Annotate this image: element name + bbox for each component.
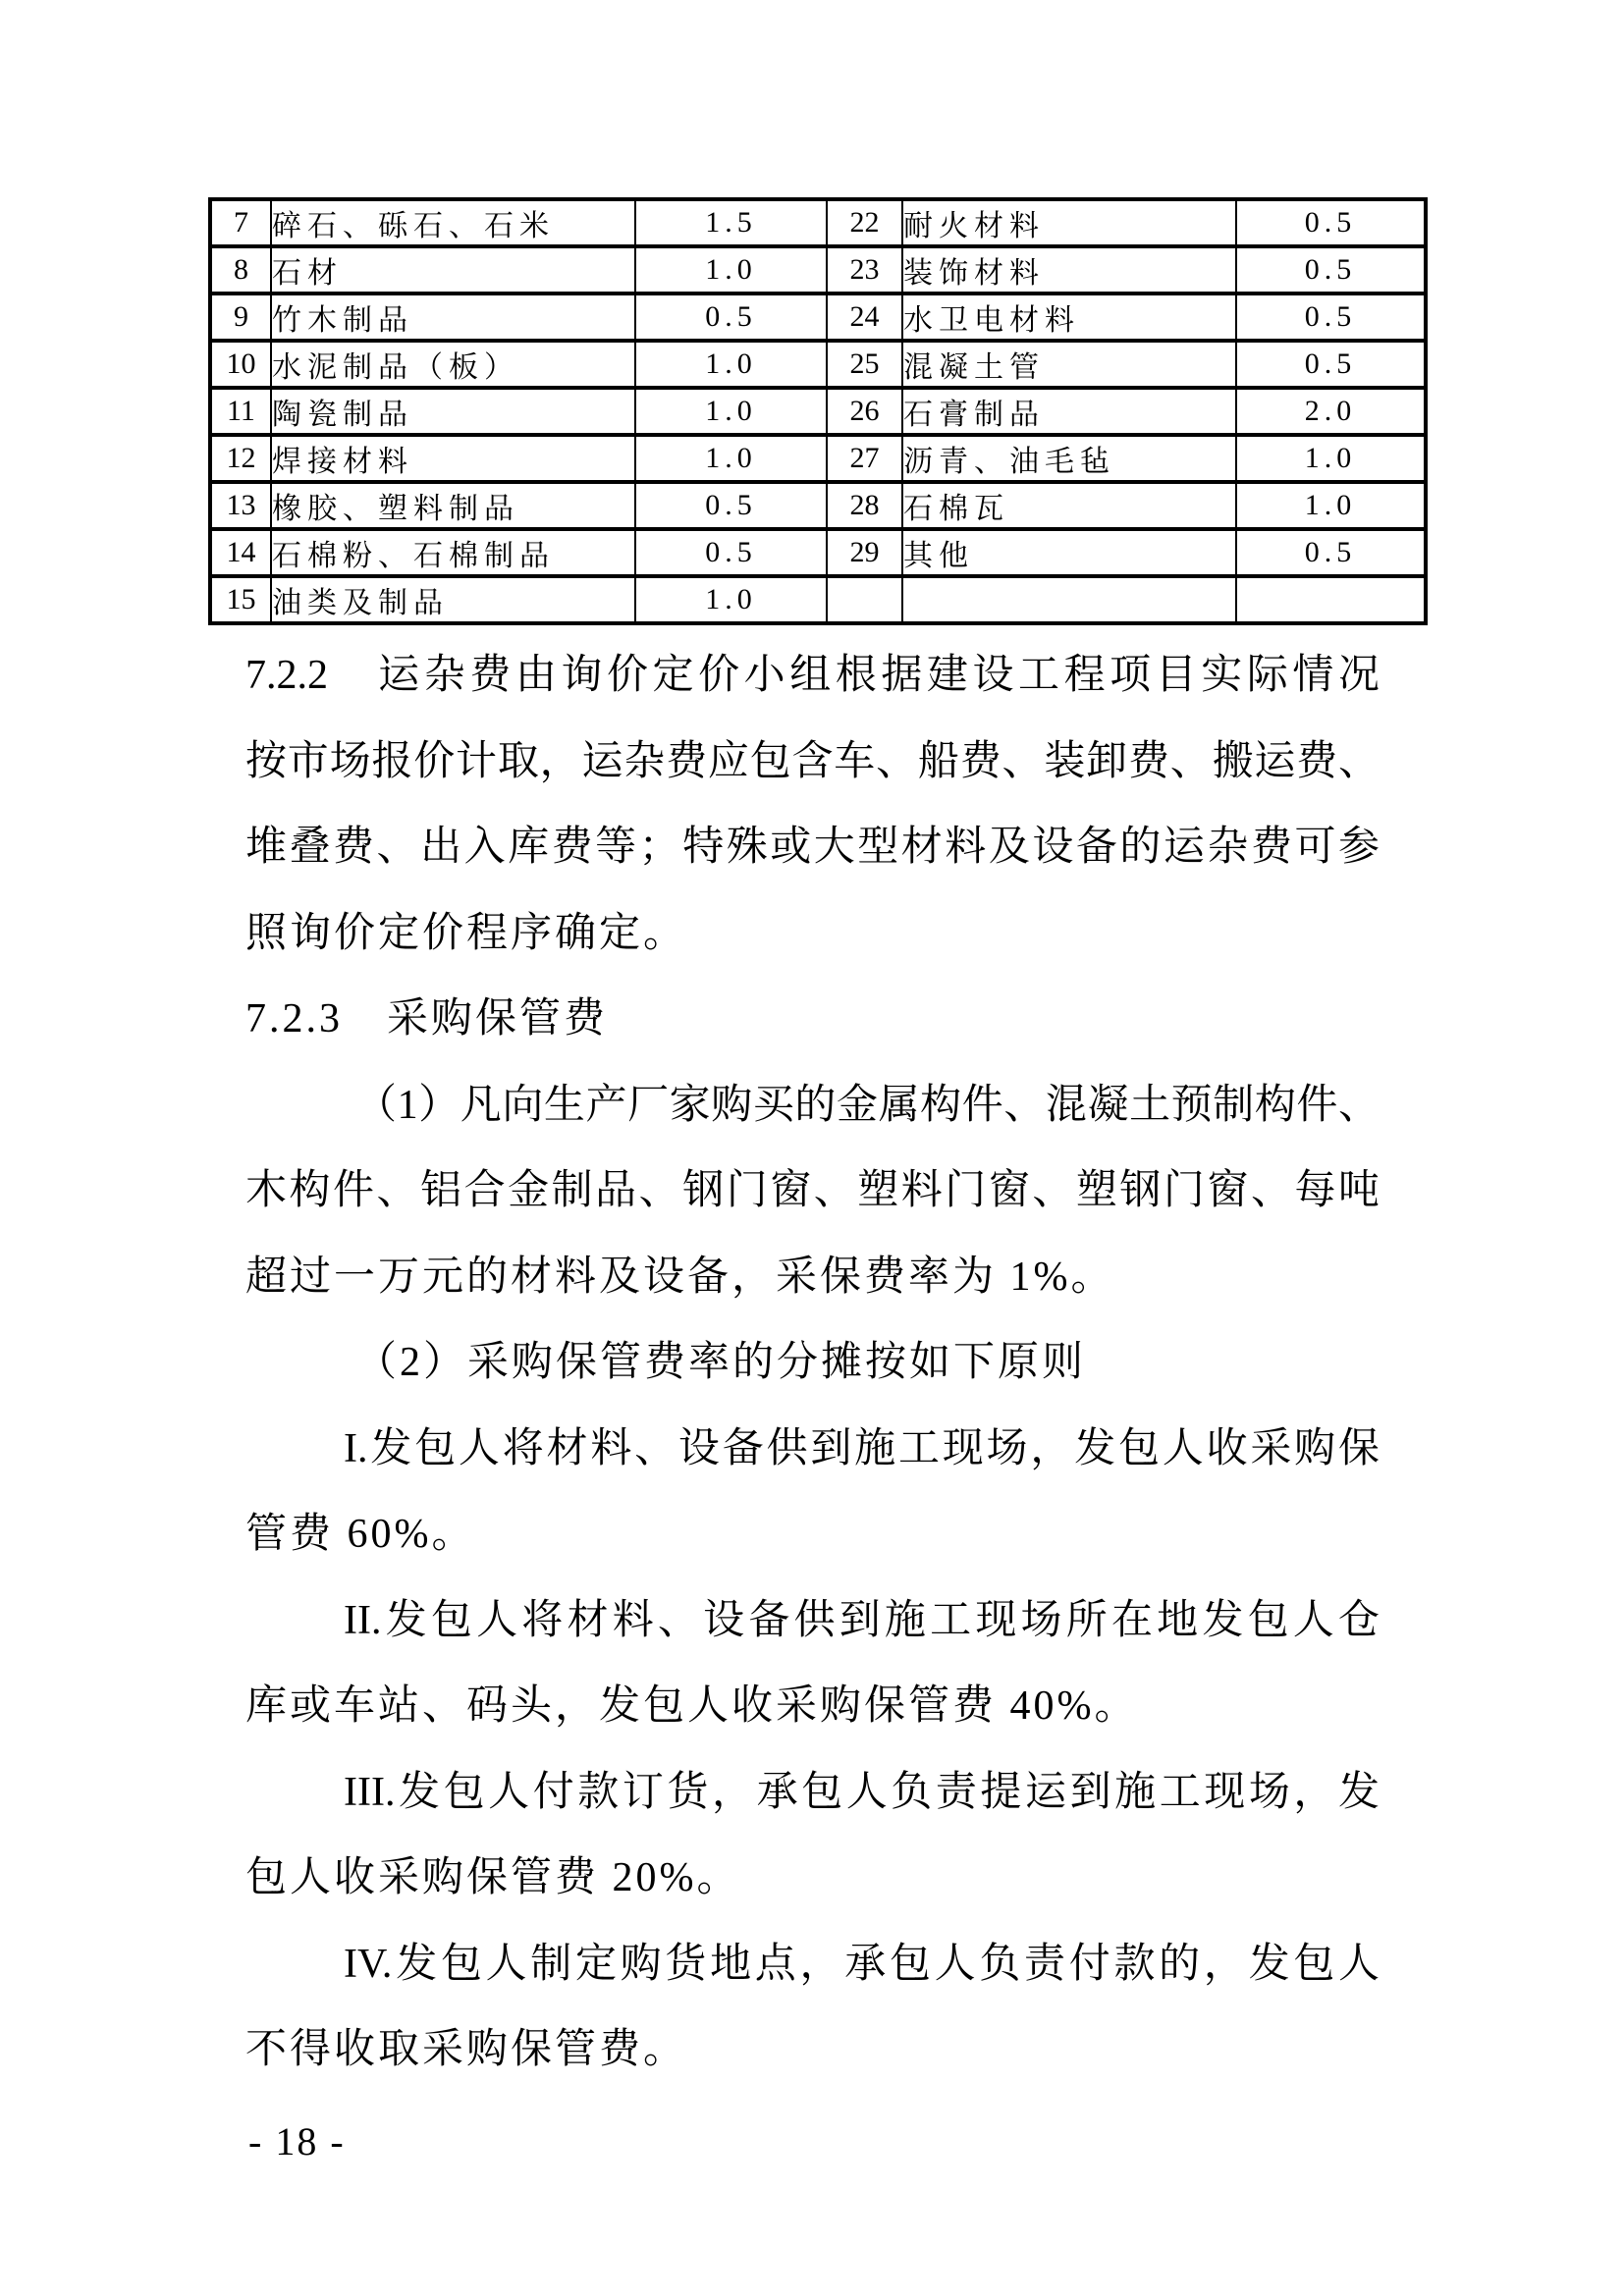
material-no-left: 10 <box>210 341 271 388</box>
material-rate-right: 0.5 <box>1236 246 1426 294</box>
material-no-left: 13 <box>210 482 271 529</box>
material-name-right: 耐火材料 <box>902 199 1236 246</box>
material-no-right: 28 <box>827 482 902 529</box>
material-no-right: 26 <box>827 388 902 435</box>
material-rate-left: 1.0 <box>635 388 827 435</box>
material-rate-right: 0.5 <box>1236 341 1426 388</box>
section-heading-7-2-2: 7.2.2 运杂费由询价定价小组根据建设工程项目实际情况 <box>245 633 1380 720</box>
text-line: 不得收取采购保管费。 <box>245 2007 1380 2094</box>
material-name-right: 沥青、油毛毡 <box>902 435 1236 482</box>
table-row: 9 竹木制品 0.5 24 水卫电材料 0.5 <box>210 294 1426 341</box>
material-name-right: 石棉瓦 <box>902 482 1236 529</box>
material-rate-right: 0.5 <box>1236 294 1426 341</box>
material-rate-right: 1.0 <box>1236 482 1426 529</box>
material-no-left: 8 <box>210 246 271 294</box>
text-line: II.发包人将材料、设备供到施工现场所在地发包人仓 <box>245 1578 1380 1665</box>
body-text-block: 7.2.2 运杂费由询价定价小组根据建设工程项目实际情况 按市场报价计取，运杂费… <box>245 633 1380 2094</box>
table-row: 13 橡胶、塑料制品 0.5 28 石棉瓦 1.0 <box>210 482 1426 529</box>
material-name-left: 碎石、砾石、石米 <box>271 199 635 246</box>
text-line: 超过一万元的材料及设备，采保费率为 1%。 <box>245 1235 1380 1321</box>
material-no-right: 25 <box>827 341 902 388</box>
text-line: （1）凡向生产厂家购买的金属构件、混凝土预制构件、 <box>245 1063 1380 1149</box>
table-row: 8 石材 1.0 23 装饰材料 0.5 <box>210 246 1426 294</box>
text-line: 包人收采购保管费 20%。 <box>245 1836 1380 1922</box>
material-no-right: 29 <box>827 529 902 576</box>
text-line: 按市场报价计取，运杂费应包含车、船费、装卸费、搬运费、 <box>245 720 1380 806</box>
material-name-left: 橡胶、塑料制品 <box>271 482 635 529</box>
material-rate-left: 1.5 <box>635 199 827 246</box>
material-no-left: 11 <box>210 388 271 435</box>
material-no-right: 23 <box>827 246 902 294</box>
text-line: 管费 60%。 <box>245 1492 1380 1578</box>
material-name-right: 其他 <box>902 529 1236 576</box>
material-no-right: 22 <box>827 199 902 246</box>
material-no-left: 9 <box>210 294 271 341</box>
section-heading-7-2-3: 7.2.3 采购保管费 <box>245 977 1380 1063</box>
material-no-right: 24 <box>827 294 902 341</box>
material-no-left: 12 <box>210 435 271 482</box>
material-rate-left: 1.0 <box>635 341 827 388</box>
material-rate-right: 1.0 <box>1236 435 1426 482</box>
text-line: III.发包人付款订货，承包人负责提运到施工现场，发 <box>245 1750 1380 1837</box>
material-no-left: 15 <box>210 576 271 623</box>
material-name-left: 焊接材料 <box>271 435 635 482</box>
table-row: 7 碎石、砾石、石米 1.5 22 耐火材料 0.5 <box>210 199 1426 246</box>
document-page: 7 碎石、砾石、石米 1.5 22 耐火材料 0.5 8 石材 1.0 23 装… <box>0 0 1624 2296</box>
material-name-left: 竹木制品 <box>271 294 635 341</box>
material-name-right: 水卫电材料 <box>902 294 1236 341</box>
table-row: 11 陶瓷制品 1.0 26 石膏制品 2.0 <box>210 388 1426 435</box>
material-rate-right: 0.5 <box>1236 529 1426 576</box>
material-name-right: 石膏制品 <box>902 388 1236 435</box>
material-rate-right <box>1236 576 1426 623</box>
material-rate-right: 2.0 <box>1236 388 1426 435</box>
material-no-right: 27 <box>827 435 902 482</box>
text-line: 木构件、铝合金制品、钢门窗、塑料门窗、塑钢门窗、每吨 <box>245 1148 1380 1235</box>
material-rate-left: 1.0 <box>635 576 827 623</box>
material-name-left: 石材 <box>271 246 635 294</box>
text-line: 堆叠费、出入库费等；特殊或大型材料及设备的运杂费可参 <box>245 805 1380 891</box>
materials-procurement-rate-table: 7 碎石、砾石、石米 1.5 22 耐火材料 0.5 8 石材 1.0 23 装… <box>208 197 1428 625</box>
material-name-left: 油类及制品 <box>271 576 635 623</box>
text-line: （2）采购保管费率的分摊按如下原则 <box>245 1320 1380 1407</box>
text-line: 照询价定价程序确定。 <box>245 891 1380 978</box>
material-no-left: 7 <box>210 199 271 246</box>
material-no-left: 14 <box>210 529 271 576</box>
text-line: IV.发包人制定购货地点，承包人负责付款的，发包人 <box>245 1922 1380 2008</box>
material-rate-right: 0.5 <box>1236 199 1426 246</box>
material-rate-left: 1.0 <box>635 435 827 482</box>
table-row: 15 油类及制品 1.0 <box>210 576 1426 623</box>
material-rate-left: 0.5 <box>635 529 827 576</box>
material-name-right: 装饰材料 <box>902 246 1236 294</box>
material-name-left: 水泥制品（板） <box>271 341 635 388</box>
table-row: 10 水泥制品（板） 1.0 25 混凝土管 0.5 <box>210 341 1426 388</box>
text-line: 库或车站、码头，发包人收采购保管费 40%。 <box>245 1664 1380 1750</box>
text-line: I.发包人将材料、设备供到施工现场，发包人收采购保 <box>245 1407 1380 1493</box>
material-rate-left: 1.0 <box>635 246 827 294</box>
table-row: 12 焊接材料 1.0 27 沥青、油毛毡 1.0 <box>210 435 1426 482</box>
material-no-right <box>827 576 902 623</box>
table-row: 14 石棉粉、石棉制品 0.5 29 其他 0.5 <box>210 529 1426 576</box>
material-name-left: 石棉粉、石棉制品 <box>271 529 635 576</box>
material-name-left: 陶瓷制品 <box>271 388 635 435</box>
page-number: - 18 - <box>248 2118 346 2164</box>
material-rate-left: 0.5 <box>635 482 827 529</box>
material-name-right <box>902 576 1236 623</box>
material-name-right: 混凝土管 <box>902 341 1236 388</box>
material-rate-left: 0.5 <box>635 294 827 341</box>
